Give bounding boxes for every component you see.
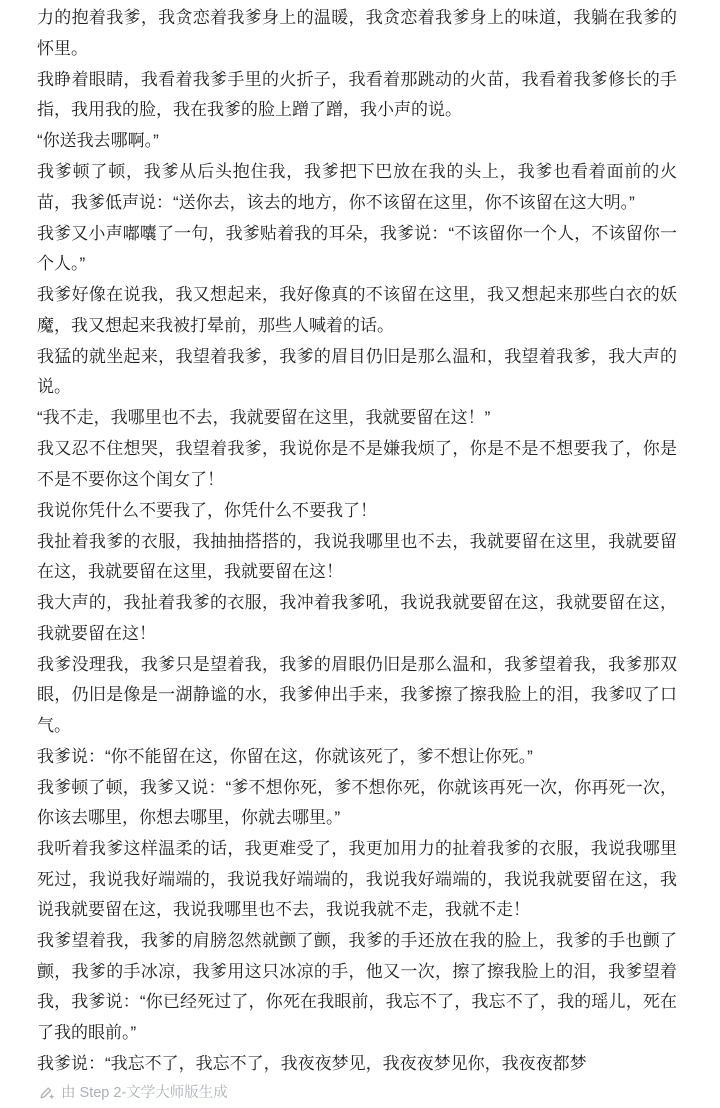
story-paragraph: 我猛的就坐起来，我望着我爹，我爹的眉目仍旧是那么温和，我望着我爹，我大声的说。 <box>37 342 677 403</box>
story-paragraph: 我爹说：“你不能留在这，你留在这，你就该死了，爹不想让你死。” <box>37 742 677 773</box>
story-paragraph: 我扯着我爹的衣服，我抽抽搭搭的，我说我哪里也不去，我就要留在这里，我就要留在这，… <box>37 527 677 588</box>
story-paragraph: 我爹顿了顿，我爹又说：“爹不想你死，爹不想你死，你就该再死一次，你再死一次，你该… <box>37 773 677 834</box>
story-paragraph: 我听着我爹这样温柔的话，我更难受了，我更加用力的扯着我爹的衣服，我说我哪里死过，… <box>37 834 677 926</box>
story-paragraph: 我睁着眼睛，我看着我爹手里的火折子，我看着那跳动的火苗，我看着我爹修长的手指，我… <box>37 65 677 126</box>
story-paragraph: “我不走，我哪里也不去，我就要留在这里，我就要留在这！” <box>37 403 677 434</box>
story-paragraph: 我又忍不住想哭，我望着我爹，我说你是不是嫌我烦了，你是不是不想要我了，你是不是不… <box>37 434 677 495</box>
generation-footer: 由 Step 2-文学大师版生成 <box>38 1083 228 1103</box>
story-paragraph: 我爹说：“我忘不了，我忘不了，我夜夜梦见，我夜夜梦见你，我夜夜都梦 <box>37 1049 677 1080</box>
generation-label: 由 Step 2-文学大师版生成 <box>61 1083 228 1103</box>
story-paragraph: 我说你凭什么不要我了，你凭什么不要我了！ <box>37 496 677 527</box>
story-paragraph: 力的抱着我爹，我贪恋着我爹身上的温暖，我贪恋着我爹身上的味道，我躺在我爹的怀里。 <box>37 3 677 64</box>
story-paragraph: 我爹没理我，我爹只是望着我，我爹的眉眼仍旧是那么温和，我爹望着我，我爹那双眼，仍… <box>37 650 677 742</box>
story-text: 力的抱着我爹，我贪恋着我爹身上的温暖，我贪恋着我爹身上的味道，我躺在我爹的怀里。… <box>37 3 677 1080</box>
story-paragraph: 我爹好像在说我，我又想起来，我好像真的不该留在这里，我又想起来那些白衣的妖魔，我… <box>37 280 677 341</box>
story-paragraph: 我爹顿了顿，我爹从后头抱住我，我爹把下巴放在我的头上，我爹也看着面前的火苗，我爹… <box>37 157 677 218</box>
story-paragraph: 我大声的，我扯着我爹的衣服，我冲着我爹吼，我说我就要留在这，我就要留在这，我就要… <box>37 588 677 649</box>
story-paragraph: 我爹又小声嘟囔了一句，我爹贴着我的耳朵，我爹说：“不该留你一个人，不该留你一个人… <box>37 219 677 280</box>
story-paragraph: 我爹望着我，我爹的肩膀忽然就颤了颤，我爹的手还放在我的脸上，我爹的手也颤了颤，我… <box>37 926 677 1048</box>
pen-sparkle-icon <box>38 1085 54 1101</box>
story-paragraph: “你送我去哪啊。” <box>37 126 677 157</box>
